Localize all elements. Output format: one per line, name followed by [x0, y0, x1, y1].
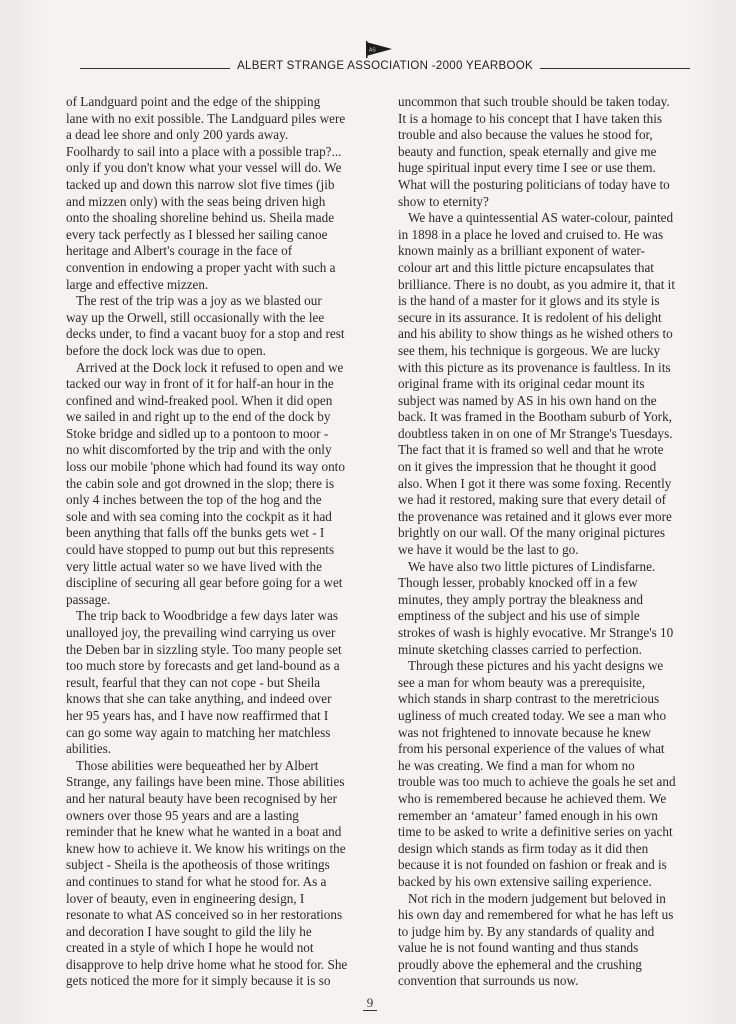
page-number: 9 [363, 995, 377, 1011]
text-line: knows that she can take anything, and in… [66, 691, 384, 708]
text-line: trouble and also because the values he s… [398, 127, 716, 144]
text-line: known mainly as a brilliant exponent of … [398, 243, 716, 260]
text-line: his own day and remembered for what he h… [398, 907, 716, 924]
text-line: time to be asked to write a definitive s… [398, 824, 716, 841]
text-line: value he is not found wanting and thus s… [398, 940, 716, 957]
running-header: AS ALBERT STRANGE ASSOCIATION -2000 YEAR… [80, 40, 690, 80]
text-line: of Landguard point and the edge of the s… [66, 94, 384, 111]
text-line: see them, his technique is gorgeous. We … [398, 343, 716, 360]
text-line: a dead lee shore and only 200 yards away… [66, 127, 384, 144]
text-line: and continues to stand for what he stood… [66, 874, 384, 891]
text-line: huge spiritual input every time I see or… [398, 160, 716, 177]
text-line: from his personal experience of the valu… [398, 741, 716, 758]
text-line: convention that surrounds us now. [398, 973, 716, 990]
text-line: original frame with its original cedar m… [398, 376, 716, 393]
text-line: onto the shoaling shoreline behind us. S… [66, 210, 384, 227]
svg-text:AS: AS [369, 48, 376, 54]
text-line: Those abilities were bequeathed her by A… [66, 758, 384, 775]
text-line: gets noticed the more for it simply beca… [66, 973, 384, 990]
text-line: Strange, any failings have been mine. Th… [66, 774, 384, 791]
text-line: show to eternity? [398, 194, 716, 211]
text-line: subject - Sheila is the apotheosis of th… [66, 857, 384, 874]
text-line: and her natural beauty have been recogni… [66, 791, 384, 808]
text-line: design which stands as firm today as it … [398, 841, 716, 858]
text-line: could have stopped to pump out but this … [66, 542, 384, 559]
text-line: too much store by forecasts and get land… [66, 658, 384, 675]
text-line: proudly above the ephemeral and the crus… [398, 957, 716, 974]
text-line: brilliance. There is no doubt, as you ad… [398, 277, 716, 294]
text-line: trouble was too much to achieve the goal… [398, 774, 716, 791]
text-line: minute sketching classes carried to perf… [398, 642, 716, 659]
text-line: and mizzen only) with the seas being dri… [66, 194, 384, 211]
text-line: we have it would be the last to go. [398, 542, 716, 559]
header-rule-left [80, 68, 230, 69]
text-line: discipline of securing all gear before g… [66, 575, 384, 592]
text-line: before the dock lock was due to open. [66, 343, 384, 360]
text-line: disapprove to help drive home what he st… [66, 957, 384, 974]
text-line: back. It was framed in the Bootham subur… [398, 409, 716, 426]
text-line: resonate to what AS conceived so in her … [66, 907, 384, 924]
text-line: sole and with sea coming into the cockpi… [66, 509, 384, 526]
text-line: the cabin sole and got drowned in the sl… [66, 476, 384, 493]
text-line: The trip back to Woodbridge a few days l… [66, 608, 384, 625]
text-line: emptiness of the subject and his use of … [398, 608, 716, 625]
text-line: large and effective mizzen. [66, 277, 384, 294]
text-line: secure in its assurance. It is redolent … [398, 310, 716, 327]
text-line: result, fearful that they can not cope -… [66, 675, 384, 692]
text-line: brightly on our wall. Of the many origin… [398, 525, 716, 542]
text-line: been anything that falls off the bunks g… [66, 525, 384, 542]
text-line: reminder that he knew what he wanted in … [66, 824, 384, 841]
text-line: very little actual water so we have live… [66, 559, 384, 576]
text-line: is the hand of a master for it glows and… [398, 293, 716, 310]
right-text-column: uncommon that such trouble should be tak… [398, 94, 716, 990]
pennant-flag-icon: AS [366, 40, 392, 58]
text-line: was not frightened to innovate because h… [398, 725, 716, 742]
text-line: tacked our way in front of it for half-a… [66, 376, 384, 393]
text-line: ugliness of much created today. We see a… [398, 708, 716, 725]
text-line: can go some way again to matching her ma… [66, 725, 384, 742]
text-line: remember an ‘amateur’ famed enough in hi… [398, 808, 716, 825]
text-line: her 95 years has, and I have now reaffir… [66, 708, 384, 725]
text-line: subject was named by AS in his own hand … [398, 393, 716, 410]
text-line: The rest of the trip was a joy as we bla… [66, 293, 384, 310]
text-line: created in a style of which I hope he wo… [66, 940, 384, 957]
text-line: tacked up and down this narrow slot five… [66, 177, 384, 194]
text-line: minutes, they amply portray the bleaknes… [398, 592, 716, 609]
text-line: the Deben bar in sizzling style. Too man… [66, 642, 384, 659]
text-line: lane with no exit possible. The Landguar… [66, 111, 384, 128]
text-line: and decoration I have sought to gild the… [66, 924, 384, 941]
text-line: because it is not founded on fashion or … [398, 857, 716, 874]
text-line: we had it restored, making sure that eve… [398, 492, 716, 509]
text-line: no whit discomforted by the trip and wit… [66, 442, 384, 459]
text-line: We have also two little pictures of Lind… [398, 559, 716, 576]
text-line: owners over those 95 years and are a las… [66, 808, 384, 825]
text-line: loss our mobile 'phone which had found i… [66, 459, 384, 476]
text-line: abilities. [66, 741, 384, 758]
header-title: ALBERT STRANGE ASSOCIATION -2000 YEARBOO… [230, 60, 540, 72]
text-line: strokes of wash is highly evocative. Mr … [398, 625, 716, 642]
text-line: heritage and Albert's courage in the fac… [66, 243, 384, 260]
text-line: We have a quintessential AS water-colour… [398, 210, 716, 227]
text-line: What will the posturing politicians of t… [398, 177, 716, 194]
text-line: only if you don't know what your vessel … [66, 160, 384, 177]
text-line: Foolhardy to sail into a place with a po… [66, 144, 384, 161]
text-line: lover of beauty, even in engineering des… [66, 891, 384, 908]
text-line: decks under, to find a vacant buoy for a… [66, 326, 384, 343]
text-line: convention in endowing a proper yacht wi… [66, 260, 384, 277]
text-line: It is a homage to his concept that I hav… [398, 111, 716, 128]
text-line: uncommon that such trouble should be tak… [398, 94, 716, 111]
text-line: which stands in sharp contrast to the me… [398, 691, 716, 708]
left-text-column: of Landguard point and the edge of the s… [66, 94, 384, 990]
text-line: colour art and this little picture encap… [398, 260, 716, 277]
text-line: way up the Orwell, still occasionally wi… [66, 310, 384, 327]
text-line: knew how to achieve it. We know his writ… [66, 841, 384, 858]
text-line: confined and wind-freaked pool. When it … [66, 393, 384, 410]
text-line: he was creating. We find a man for whom … [398, 758, 716, 775]
text-line: Arrived at the Dock lock it refused to o… [66, 360, 384, 377]
text-line: passage. [66, 592, 384, 609]
text-line: Not rich in the modern judgement but bel… [398, 891, 716, 908]
text-line: unalloyed joy, the prevailing wind carry… [66, 625, 384, 642]
text-line: only 4 inches between the top of the hog… [66, 492, 384, 509]
text-line: in 1898 in a place he loved and cruised … [398, 227, 716, 244]
text-line: The fact that it is framed so well and t… [398, 442, 716, 459]
text-line: with this picture as its provenance is f… [398, 360, 716, 377]
text-line: and his ability to show things as he wis… [398, 326, 716, 343]
text-line: backed by his own extensive sailing expe… [398, 874, 716, 891]
text-line: Stoke bridge and sidled up to a pontoon … [66, 426, 384, 443]
text-line: Through these pictures and his yacht des… [398, 658, 716, 675]
text-line: Though lesser, probably knocked off in a… [398, 575, 716, 592]
text-line: we sailed in and right up to the end of … [66, 409, 384, 426]
text-line: the provenance was retained and it glows… [398, 509, 716, 526]
text-line: on it gives the impression that he thoug… [398, 459, 716, 476]
text-line: every tack perfectly as I blessed her sa… [66, 227, 384, 244]
text-line: see a man for whom beauty was a prerequi… [398, 675, 716, 692]
text-line: to judge him by. By any standards of qua… [398, 924, 716, 941]
text-line: who is remembered because he achieved th… [398, 791, 716, 808]
text-line: doubtless taken in on one of Mr Strange'… [398, 426, 716, 443]
header-rule-right [540, 68, 690, 69]
text-line: also. When I got it there was some foxin… [398, 476, 716, 493]
text-line: beauty and function, speak eternally and… [398, 144, 716, 161]
